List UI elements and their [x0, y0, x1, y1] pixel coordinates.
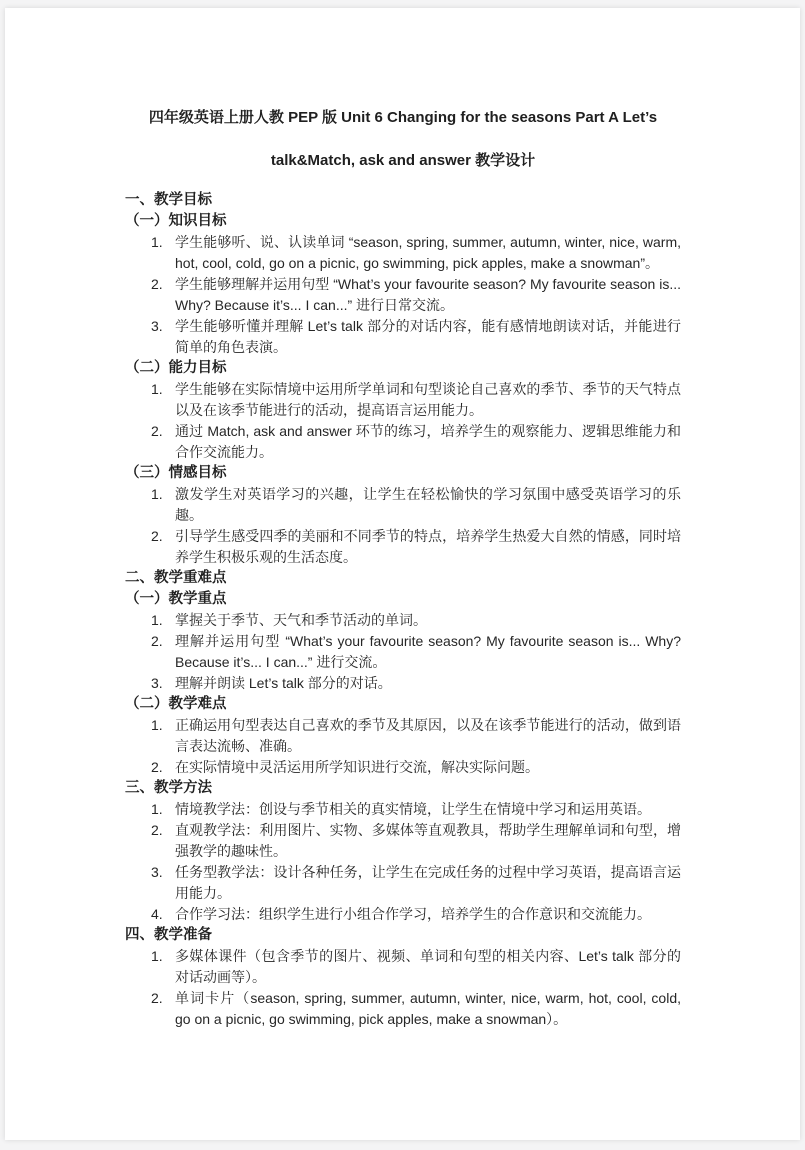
- list-item-number: 2.: [151, 820, 175, 862]
- list-item-number: 3.: [151, 316, 175, 358]
- list-item-number: 1.: [151, 610, 175, 631]
- list-item-text: 掌握关于季节、天气和季节活动的单词。: [175, 610, 681, 631]
- list-item-text: 学生能够在实际情境中运用所学单词和句型谈论自己喜欢的季节、季节的天气特点以及在该…: [175, 379, 681, 421]
- subsection-heading: （二）能力目标: [125, 358, 681, 379]
- list-item: 1.掌握关于季节、天气和季节活动的单词。: [151, 610, 681, 631]
- document-title: 四年级英语上册人教 PEP 版 Unit 6 Changing for the …: [125, 96, 681, 182]
- section-heading-4: 四、教学准备: [125, 925, 681, 946]
- list-item: 3.任务型教学法：设计各种任务，让学生在完成任务的过程中学习英语，提高语言运用能…: [151, 862, 681, 904]
- list-item-text: 正确运用句型表达自己喜欢的季节及其原因，以及在该季节能进行的活动，做到语言表达流…: [175, 715, 681, 757]
- list-item-number: 2.: [151, 421, 175, 463]
- list-item-text: 任务型教学法：设计各种任务，让学生在完成任务的过程中学习英语，提高语言运用能力。: [175, 862, 681, 904]
- list-item-text: 单词卡片（season, spring, summer, autumn, win…: [175, 988, 681, 1030]
- list-item: 3.理解并朗读 Let’s talk 部分的对话。: [151, 673, 681, 694]
- list-item-text: 在实际情境中灵活运用所学知识进行交流，解决实际问题。: [175, 757, 681, 778]
- list-item-text: 情境教学法：创设与季节相关的真实情境，让学生在情境中学习和运用英语。: [175, 799, 681, 820]
- list-item-text: 学生能够理解并运用句型 “What’s your favourite seaso…: [175, 274, 681, 316]
- section-heading-3: 三、教学方法: [125, 778, 681, 799]
- list-item-number: 4.: [151, 904, 175, 925]
- subsection-heading: （二）教学难点: [125, 694, 681, 715]
- list-item: 4.合作学习法：组织学生进行小组合作学习，培养学生的合作意识和交流能力。: [151, 904, 681, 925]
- title-line-1: 四年级英语上册人教 PEP 版 Unit 6 Changing for the …: [125, 96, 681, 139]
- list-item: 2.学生能够理解并运用句型 “What’s your favourite sea…: [151, 274, 681, 316]
- list-item: 2.理解并运用句型 “What’s your favourite season?…: [151, 631, 681, 673]
- subsection-heading: （三）情感目标: [125, 463, 681, 484]
- list-item-text: 理解并朗读 Let’s talk 部分的对话。: [175, 673, 681, 694]
- list-item-number: 3.: [151, 862, 175, 904]
- document-page: 四年级英语上册人教 PEP 版 Unit 6 Changing for the …: [5, 8, 800, 1140]
- list-item: 2.通过 Match, ask and answer 环节的练习，培养学生的观察…: [151, 421, 681, 463]
- list-item-text: 引导学生感受四季的美丽和不同季节的特点，培养学生热爱大自然的情感，同时培养学生积…: [175, 526, 681, 568]
- list-item-text: 多媒体课件（包含季节的图片、视频、单词和句型的相关内容、Let’s talk 部…: [175, 946, 681, 988]
- list-item: 2.引导学生感受四季的美丽和不同季节的特点，培养学生热爱大自然的情感，同时培养学…: [151, 526, 681, 568]
- list-item: 1.学生能够在实际情境中运用所学单词和句型谈论自己喜欢的季节、季节的天气特点以及…: [151, 379, 681, 421]
- list-item-number: 1.: [151, 715, 175, 757]
- list-item: 1.正确运用句型表达自己喜欢的季节及其原因，以及在该季节能进行的活动，做到语言表…: [151, 715, 681, 757]
- list-item-number: 1.: [151, 379, 175, 421]
- list-item-text: 学生能够听、说、认读单词 “season, spring, summer, au…: [175, 232, 681, 274]
- list-item: 2.在实际情境中灵活运用所学知识进行交流，解决实际问题。: [151, 757, 681, 778]
- title-line-2: talk&Match, ask and answer 教学设计: [125, 139, 681, 182]
- list-item-number: 1.: [151, 232, 175, 274]
- list-item-number: 1.: [151, 484, 175, 526]
- list-item-number: 2.: [151, 631, 175, 673]
- section-heading-2: 二、教学重难点: [125, 568, 681, 589]
- list-item: 3.学生能够听懂并理解 Let’s talk 部分的对话内容，能有感情地朗读对话…: [151, 316, 681, 358]
- list-item: 2.直观教学法：利用图片、实物、多媒体等直观教具，帮助学生理解单词和句型，增强教…: [151, 820, 681, 862]
- list-item-number: 2.: [151, 526, 175, 568]
- list-item-text: 理解并运用句型 “What’s your favourite season? M…: [175, 631, 681, 673]
- section-heading-1: 一、教学目标: [125, 190, 681, 211]
- list-item-text: 激发学生对英语学习的兴趣，让学生在轻松愉快的学习氛围中感受英语学习的乐趣。: [175, 484, 681, 526]
- document-sections: 一、教学目标（一）知识目标1.学生能够听、说、认读单词 “season, spr…: [125, 190, 681, 1030]
- list-item-text: 直观教学法：利用图片、实物、多媒体等直观教具，帮助学生理解单词和句型，增强教学的…: [175, 820, 681, 862]
- subsection-heading: （一）知识目标: [125, 211, 681, 232]
- list-item-text: 学生能够听懂并理解 Let’s talk 部分的对话内容，能有感情地朗读对话，并…: [175, 316, 681, 358]
- list-item: 1.情境教学法：创设与季节相关的真实情境，让学生在情境中学习和运用英语。: [151, 799, 681, 820]
- list-item-text: 合作学习法：组织学生进行小组合作学习，培养学生的合作意识和交流能力。: [175, 904, 681, 925]
- list-item: 1.激发学生对英语学习的兴趣，让学生在轻松愉快的学习氛围中感受英语学习的乐趣。: [151, 484, 681, 526]
- list-item-number: 1.: [151, 799, 175, 820]
- list-item-text: 通过 Match, ask and answer 环节的练习，培养学生的观察能力…: [175, 421, 681, 463]
- list-item: 2.单词卡片（season, spring, summer, autumn, w…: [151, 988, 681, 1030]
- list-item-number: 2.: [151, 988, 175, 1030]
- list-item: 1.学生能够听、说、认读单词 “season, spring, summer, …: [151, 232, 681, 274]
- list-item-number: 3.: [151, 673, 175, 694]
- list-item-number: 2.: [151, 757, 175, 778]
- list-item-number: 2.: [151, 274, 175, 316]
- list-item: 1.多媒体课件（包含季节的图片、视频、单词和句型的相关内容、Let’s talk…: [151, 946, 681, 988]
- subsection-heading: （一）教学重点: [125, 589, 681, 610]
- list-item-number: 1.: [151, 946, 175, 988]
